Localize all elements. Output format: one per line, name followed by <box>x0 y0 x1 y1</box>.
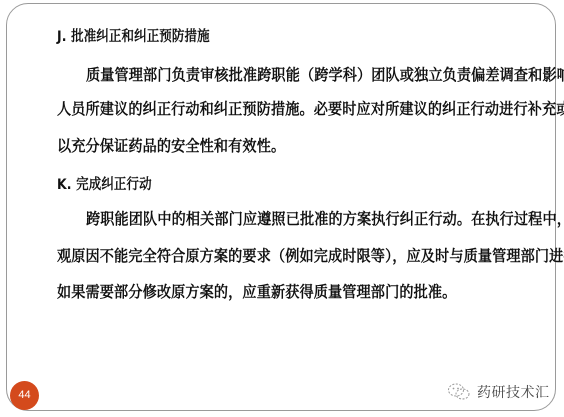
section-heading-k: K. 完成纠正行动 <box>57 176 152 194</box>
slide-frame <box>6 3 556 411</box>
paragraph-line: 以充分保证药品的安全性和有效性。 <box>57 137 285 155</box>
paragraph-line: 观原因不能完全符合原方案的要求（例如完成时限等），应及时与质量管理部门进行沟通； <box>57 247 564 265</box>
watermark: 药研技术汇 <box>447 381 550 403</box>
section-heading-j: J. 批准纠正和纠正预防措施 <box>57 28 210 46</box>
watermark-text: 药研技术汇 <box>477 382 550 402</box>
paragraph-line: 人员所建议的纠正行动和纠正预防措施。必要时应对所建议的纠正行动进行补充或修订， <box>57 100 564 118</box>
wechat-icon <box>447 382 471 402</box>
paragraph-line: 质量管理部门负责审核批准跨职能（跨学科）团队或独立负责偏差调查和影响评估的 <box>86 66 564 84</box>
paragraph-line: 如果需要部分修改原方案的，应重新获得质量管理部门的批准。 <box>57 283 456 301</box>
page-number-badge: 44 <box>10 381 39 410</box>
paragraph-line: 跨职能团队中的相关部门应遵照已批准的方案执行纠正行动。在执行过程中，如因客 <box>86 210 564 228</box>
